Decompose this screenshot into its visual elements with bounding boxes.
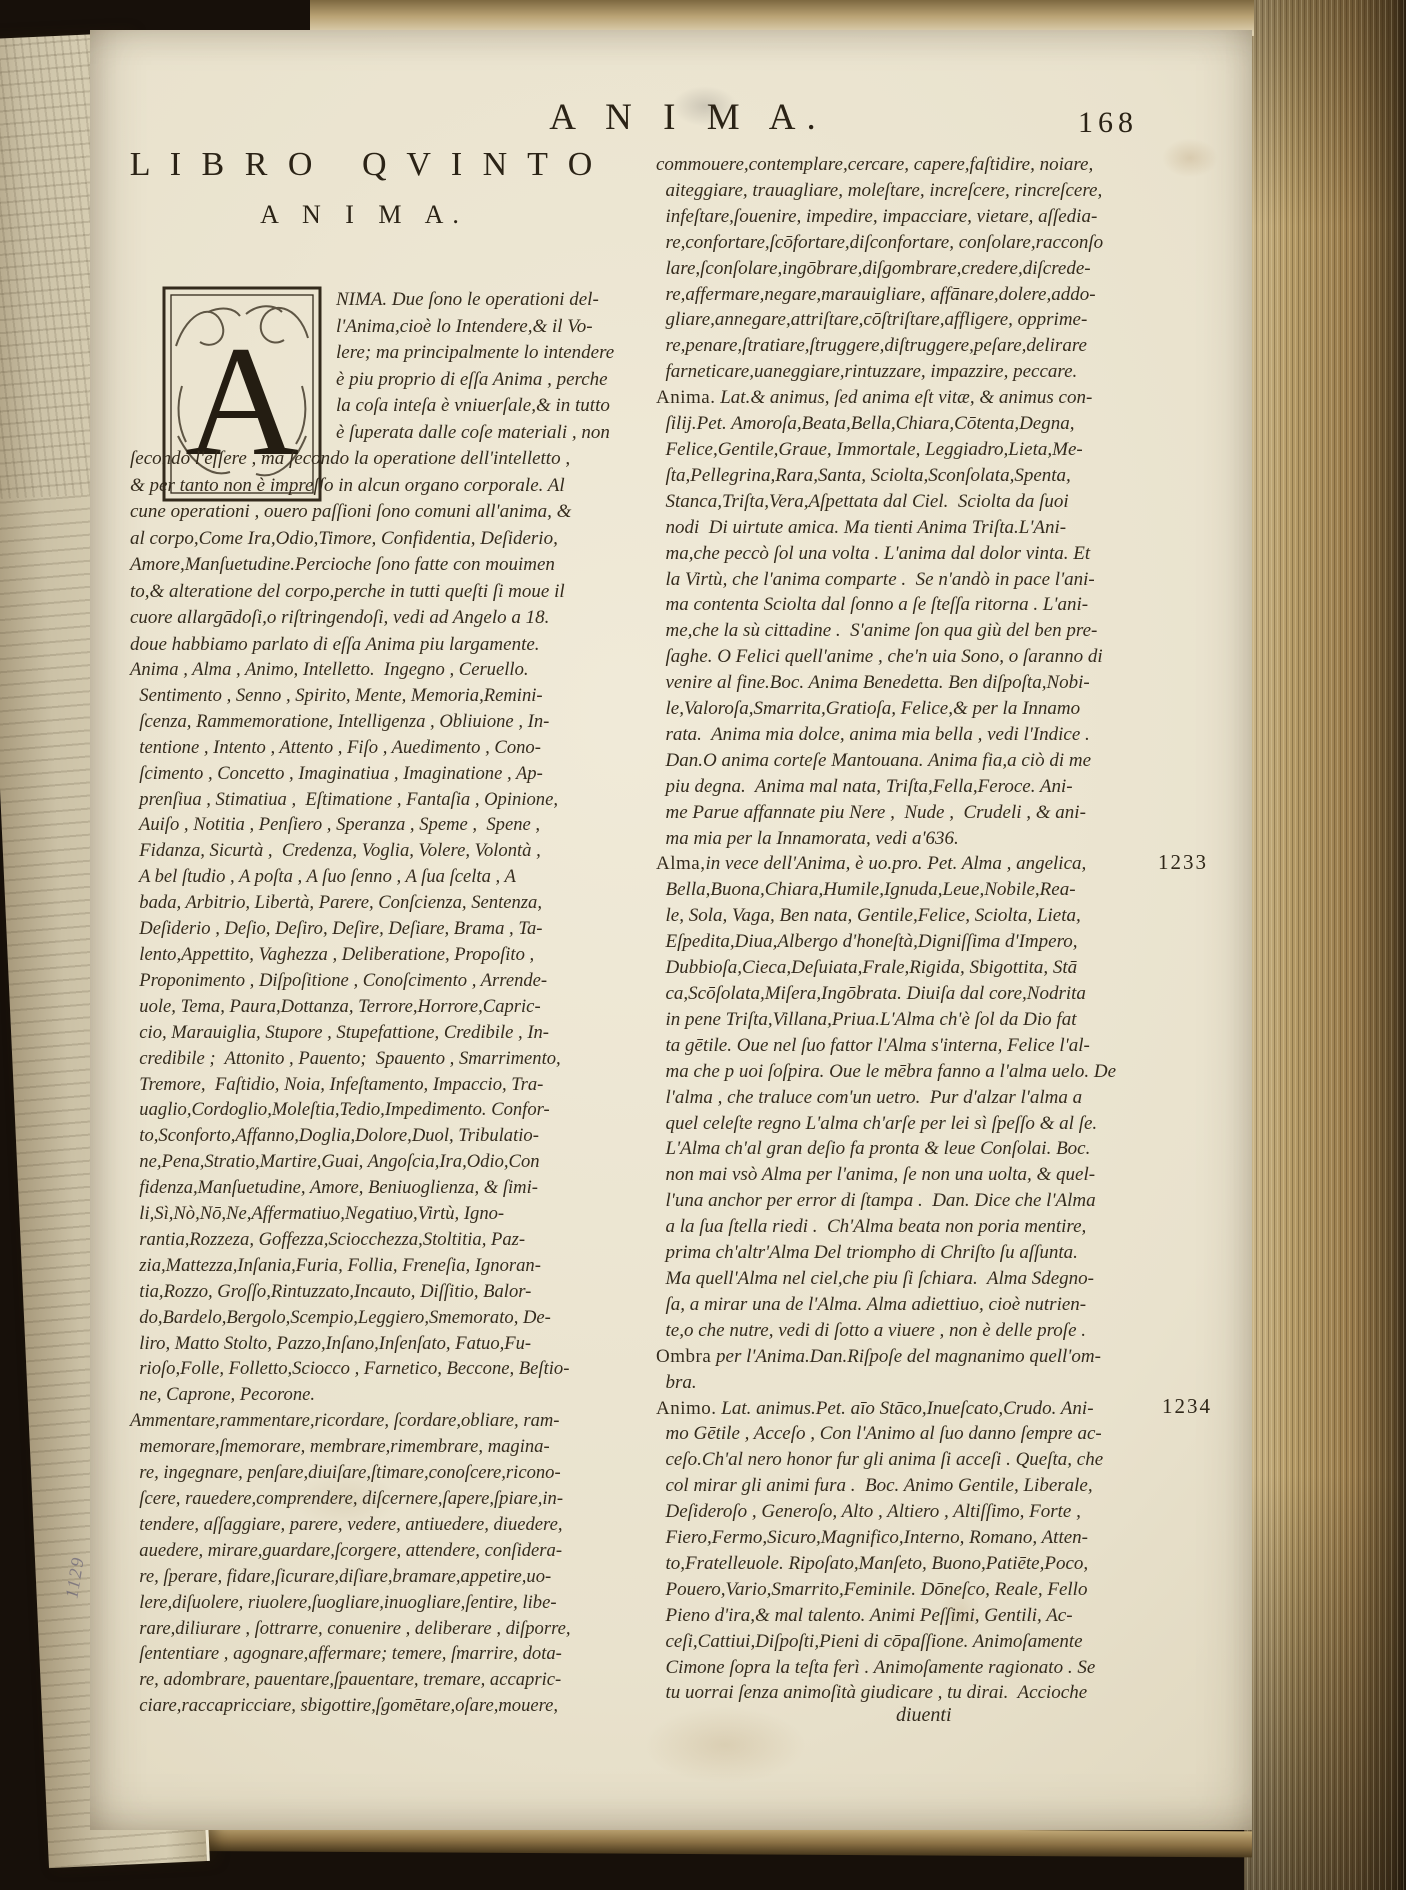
text-line: ca,Scōſolata,Miſera,Ingōbrata. Diuiſa da… (656, 981, 1222, 1007)
text-line: memorare,ſmemorare, membrare,rimembrare,… (130, 1434, 616, 1460)
text-line: Auiſo , Notitia , Penſiero , Speranza , … (130, 812, 616, 838)
text-line: uole, Tema, Paura,Dottanza, Terrore,Horr… (130, 994, 616, 1020)
text-line: Dan.O anima corteſe Mantouana. Anima fia… (656, 748, 1222, 774)
text-line: Cimone ſopra la teſta ferì . Animoſament… (656, 1655, 1222, 1681)
text-line: rata. Anima mia dolce, anima mia bella ,… (656, 722, 1222, 748)
text-line: l'Anima,cioè lo Intendere,& il Vo- (336, 314, 612, 341)
text-line: la Virtù, che l'anima comparte . Se n'an… (656, 567, 1222, 593)
text-line: re, ſperare, fidare,ſicurare,diſiare,bra… (130, 1564, 616, 1590)
text-line: Tremore, Faſtidio, Noia, Infeſtamento, I… (130, 1072, 616, 1098)
text-line: ma,che peccò ſol una volta . L'anima dal… (656, 541, 1222, 567)
text-line: to,Sconforto,Affanno,Doglia,Dolore,Duol,… (130, 1123, 616, 1149)
text-line: Stanca,Triſta,Vera,Aſpettata dal Ciel. S… (656, 489, 1222, 515)
text-line: col mirar gli animi fura . Boc. Animo Ge… (656, 1473, 1222, 1499)
margin-reference-number: 1233 (1158, 850, 1208, 875)
catchword: diuenti (896, 1704, 952, 1727)
entry-text: in vece dell'Anima, è uo.pro. Pet. Alma … (705, 853, 1086, 874)
text-line: re, adombrare, pauentare,ſpauentare, tre… (130, 1667, 616, 1693)
handwritten-number: 1129 (61, 1554, 89, 1600)
text-line: gliare,annegare,attriſtare,cōſtriſtare,a… (656, 307, 1222, 333)
text-line: cune operationi , ouero paſſioni ſono co… (130, 499, 616, 526)
text-line: cio, Marauiglia, Stupore , Stupefattione… (130, 1020, 616, 1046)
text-line: ta gētile. Oue nel ſuo fattor l'Alma s'i… (656, 1033, 1222, 1059)
text-line: bra. (656, 1370, 1222, 1396)
text-line: uaglio,Cordoglio,Moleſtia,Tedio,Impedime… (130, 1097, 616, 1123)
text-line: le, Sola, Vaga, Ben nata, Gentile,Felice… (656, 903, 1222, 929)
text-line: rare,diliurare , ſottrarre, conuenire , … (130, 1616, 616, 1642)
text-line: non mai vsò Alma per l'anima, ſe non una… (656, 1162, 1222, 1188)
book-page: A N I M A. 168 L I B R O Q V I N T O A N… (90, 30, 1252, 1830)
fore-edge-page-stack (1244, 0, 1406, 1890)
text-line: doue habbiamo parlato di eſſa Anima piu … (130, 632, 616, 659)
text-line: ſententiare , agognare,affermare; temere… (130, 1641, 616, 1667)
text-line: venire al fine.Boc. Anima Benedetta. Ben… (656, 670, 1222, 696)
text-line: Dubbioſa,Cieca,Deſuiata,Frale,Rigida, Sb… (656, 955, 1222, 981)
text-line: infeſtare,ſouenire, impedire, impacciare… (656, 204, 1222, 230)
left-text-column: Anima , Alma , Animo, Intelletto. Ingegn… (130, 657, 616, 1719)
text-line: ſecondo l'eſſere , ma ſecondo la operati… (130, 446, 616, 473)
text-line: lere,diſuolere, riuolere,ſuogliare,inuog… (130, 1590, 616, 1616)
text-line: me Parue affannate piu Nere , Nude , Cru… (656, 800, 1222, 826)
text-line: Fidanza, Sicurtà , Credenza, Voglia, Vol… (130, 838, 616, 864)
text-line: re,affermare,negare,marauigliare, affāna… (656, 282, 1222, 308)
margin-reference-number: 1234 (1162, 1394, 1212, 1419)
text-line: Sentimento , Senno , Spirito, Mente, Mem… (130, 683, 616, 709)
text-line: farneticare,uaneggiare,rintuzzare, impaz… (656, 359, 1222, 385)
text-line: ma contenta Sciolta dal ſonno a ſe ſteſſ… (656, 592, 1222, 618)
text-line: ne, Caprone, Pecorone. (130, 1382, 616, 1408)
entry-text: per l'Anima.Dan.Riſpoſe del magnanimo qu… (711, 1346, 1101, 1367)
text-line: me,che la sù cittadine . S'anime ſon qua… (656, 618, 1222, 644)
text-line: tendere, aſſaggiare, parere, vedere, ant… (130, 1512, 616, 1538)
text-line: commouere,contemplare,cercare, capere,fa… (656, 152, 1222, 178)
text-line: lare,ſconſolare,ingōbrare,diſgombrare,cr… (656, 256, 1222, 282)
text-line: L'Alma ch'al gran deſio fa pronta & leue… (656, 1136, 1222, 1162)
text-line: cuore allargādoſi,o riſtringendoſi, vedi… (130, 605, 616, 632)
text-line: prenſiua , Stimatiua , Eſtimatione , Fan… (130, 787, 616, 813)
text-line: l'alma , che traluce com'un uetro. Pur d… (656, 1085, 1222, 1111)
entry-headword: Animo. (656, 1398, 717, 1419)
text-line: nodi Di uirtute amica. Ma tienti Anima T… (656, 515, 1222, 541)
text-line: Animo. Lat. animus.Pet. aīo Stāco,Inueſc… (656, 1396, 1222, 1422)
text-line: Pouero,Vario,Smarrito,Feminile. Dōneſco,… (656, 1577, 1222, 1603)
text-line: tu uorrai ſenza animoſità giudicare , tu… (656, 1680, 1222, 1706)
text-line: ſcere, rauedere,comprendere, diſcernere,… (130, 1486, 616, 1512)
text-line: Anima , Alma , Animo, Intelletto. Ingegn… (130, 657, 616, 683)
text-line: Deſideroſo , Generoſo, Alto , Altiero , … (656, 1499, 1222, 1525)
text-line: ſaghe. O Felici quell'anime , che'n uia … (656, 644, 1222, 670)
text-line: Ombra per l'Anima.Dan.Riſpoſe del magnan… (656, 1344, 1222, 1370)
entry-headword: Alma, (656, 853, 705, 874)
text-line: re,confortare,ſcōfortare,diſconfortare, … (656, 230, 1222, 256)
text-line: prima ch'altr'Alma Del triompho di Chriſ… (656, 1240, 1222, 1266)
text-line: li,Sì,Nò,Nō,Ne,Affermatiuo,Negatiuo,Virt… (130, 1201, 616, 1227)
text-line: ma che p uoi ſoſpira. Oue le mēbra fanno… (656, 1059, 1222, 1085)
text-line: ma mia per la Innamorata, vedi a'636. (656, 826, 1222, 852)
intro-paragraph-beside-initial: NIMA. Due ſono le operationi del-l'Anima… (336, 287, 612, 446)
text-line: ſta,Pellegrina,Rara,Santa, Sciolta,Sconſ… (656, 463, 1222, 489)
text-line: l'una anchor per error di ſtampa . Dan. … (656, 1188, 1222, 1214)
text-line: lento,Appettito, Vaghezza , Deliberation… (130, 942, 616, 968)
text-line: lere; ma principalmente lo intendere (336, 340, 612, 367)
text-line: Ma quell'Alma nel ciel,che piu ſi ſchiar… (656, 1266, 1222, 1292)
text-line: auedere, mirare,guardare,ſcorgere, atten… (130, 1538, 616, 1564)
text-line: Fiero,Fermo,Sicuro,Magnifico,Interno, Ro… (656, 1525, 1222, 1551)
book-photo: 1129 A N I M A. 168 L I B R O Q V I N T … (0, 0, 1406, 1890)
section-title: L I B R O Q V I N T O (118, 146, 610, 184)
text-line: Ammentare,rammentare,ricordare, ſcordare… (130, 1408, 616, 1434)
text-line: re, ingegnare, penſare,diuiſare,ſtimare,… (130, 1460, 616, 1486)
entry-text: Lat. animus.Pet. aīo Stāco,Inueſcato,Cru… (717, 1398, 1094, 1419)
text-line: ſilij.Pet. Amoroſa,Beata,Bella,Chiara,Cō… (656, 411, 1222, 437)
text-line: A bel ſtudio , A poſta , A ſuo ſenno , A… (130, 864, 616, 890)
text-line: to,Fratelleuole. Ripoſato,Manſeto, Buono… (656, 1551, 1222, 1577)
text-line: piu degna. Anima mal nata, Triſta,Fella,… (656, 774, 1222, 800)
text-line: Bella,Buona,Chiara,Humile,Ignuda,Leue,No… (656, 877, 1222, 903)
page-number: 168 (1078, 106, 1138, 140)
text-line: fidenza,Manſuetudine, Amore, Beniuoglien… (130, 1175, 616, 1201)
text-line: Pieno d'ira,& mal talento. Animi Peſſimi… (656, 1603, 1222, 1629)
text-line: Eſpedita,Diua,Albergo d'honeſtà,Digniſſi… (656, 929, 1222, 955)
text-line: Proponimento , Diſpoſitione , Conoſcimen… (130, 968, 616, 994)
text-line: ciare,raccapricciare, sbigottire,ſgomēta… (130, 1693, 616, 1719)
text-line: Felice,Gentile,Graue, Immortale, Leggiad… (656, 437, 1222, 463)
text-line: ceſo.Ch'al nero honor fur gli anima ſi a… (656, 1447, 1222, 1473)
text-line: rioſo,Folle, Folletto,Sciocco , Farnetic… (130, 1356, 616, 1382)
entry-headword: Ombra (656, 1346, 711, 1367)
text-line: & per tanto non è impreſſo in alcun orga… (130, 473, 616, 500)
text-line: NIMA. Due ſono le operationi del- (336, 287, 612, 314)
text-line: ſcenza, Rammemoratione, Intelligenza , O… (130, 709, 616, 735)
text-line: tia,Rozzo, Groſſo,Rintuzzato,Incauto, Di… (130, 1279, 616, 1305)
text-line: ceſi,Cattiui,Diſpoſti,Pieni di cōpaſſion… (656, 1629, 1222, 1655)
text-line: quel celeſte regno L'alma ch'arſe per le… (656, 1111, 1222, 1137)
text-line: è ſuperata dalle coſe materiali , non (336, 420, 612, 447)
text-line: a la ſua ſtella riedi . Ch'Alma beata no… (656, 1214, 1222, 1240)
text-line: ne,Pena,Stratio,Martire,Guai, Angoſcia,I… (130, 1149, 616, 1175)
text-line: la coſa inteſa è vniuerſale,& in tutto (336, 393, 612, 420)
section-subtitle: A N I M A. (118, 200, 610, 230)
intro-paragraph-full-width: ſecondo l'eſſere , ma ſecondo la operati… (130, 446, 616, 658)
text-line: Amore,Manſuetudine.Percioche ſono fatte … (130, 552, 616, 579)
text-line: credibile ; Attonito , Pauento; Spauento… (130, 1046, 616, 1072)
text-line: to,& alteratione del corpo,perche in tut… (130, 579, 616, 606)
text-line: te,o che nutre, vedi di ſotto a viuere ,… (656, 1318, 1222, 1344)
entry-headword: Anima. (656, 387, 715, 408)
right-text-column: commouere,contemplare,cercare, capere,fa… (656, 152, 1222, 1706)
text-line: liro, Matto Stolto, Pazzo,Inſano,Inſenſa… (130, 1331, 616, 1357)
text-line: Anima. Lat.& animus, ſed anima eſt vitæ,… (656, 385, 1222, 411)
text-line: ſa, a mirar una de l'Alma. Alma adiettiu… (656, 1292, 1222, 1318)
text-line: bada, Arbitrio, Libertà, Parere, Conſcie… (130, 890, 616, 916)
text-line: rantia,Rozzeza, Goffezza,Sciocchezza,Sto… (130, 1227, 616, 1253)
text-line: è piu proprio di eſſa Anima , perche (336, 367, 612, 394)
paper-stain (610, 1690, 840, 1800)
text-line: al corpo,Come Ira,Odio,Timore, Confident… (130, 526, 616, 553)
text-line: Deſiderio , Deſio, Deſiro, Deſire, Deſia… (130, 916, 616, 942)
text-line: mo Gētile , Acceſo , Con l'Animo al ſuo … (656, 1421, 1222, 1447)
text-line: ſcimento , Concetto , Imaginatiua , Imag… (130, 761, 616, 787)
text-line: aiteggiare, trauagliare, moleſtare, incr… (656, 178, 1222, 204)
entry-text: Lat.& animus, ſed anima eſt vitæ, & anim… (715, 387, 1092, 408)
text-line: Alma,in vece dell'Anima, è uo.pro. Pet. … (656, 851, 1222, 877)
text-line: do,Bardelo,Bergolo,Scempio,Leggiero,Smem… (130, 1305, 616, 1331)
text-line: zia,Mattezza,Inſania,Furia, Follia, Fren… (130, 1253, 616, 1279)
text-line: le,Valoroſa,Smarrita,Gratioſa, Felice,& … (656, 696, 1222, 722)
text-line: re,penare,ſtratiare,ſtruggere,diſtrugger… (656, 333, 1222, 359)
text-line: tentione , Intento , Attento , Fiſo , Au… (130, 735, 616, 761)
text-line: in pene Triſta,Villana,Priua.L'Alma ch'è… (656, 1007, 1222, 1033)
